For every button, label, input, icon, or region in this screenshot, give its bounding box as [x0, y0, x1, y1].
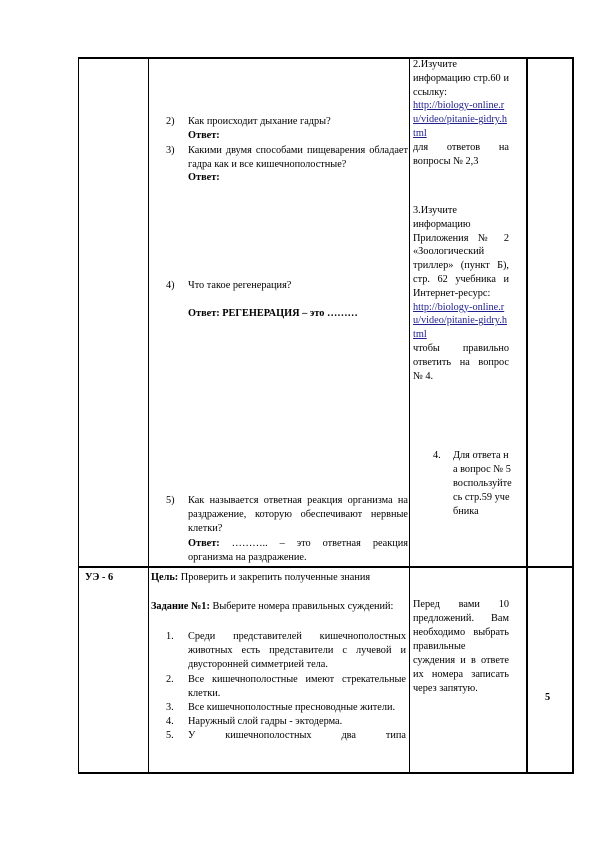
guidance-text: Для ответа на вопрос № 5 воспользуйтесь …: [453, 449, 513, 519]
row-divider: [79, 566, 572, 568]
answer-label: Ответ: РЕГЕНЕРАЦИЯ – это ………: [188, 307, 408, 321]
question-4: 4) Что такое регенерация? Ответ: РЕГЕНЕР…: [166, 279, 408, 320]
task-label: Задание №1:: [151, 601, 210, 612]
statement-item: 2.Все кишечнополостные имеют стрекательн…: [166, 673, 406, 701]
task-text: Выберите номера правильных суждений:: [210, 601, 394, 612]
question-number: 5): [166, 494, 175, 508]
guidance-number: 4.: [433, 449, 441, 463]
statement-number: 2.: [166, 673, 174, 687]
question-text: Как происходит дыхание гадры?: [188, 115, 408, 129]
answer-label: Ответ:: [188, 129, 408, 143]
guidance-text: 2.Изучите информацию стр.60 и ссылку:: [413, 59, 509, 98]
question-2: 2) Как происходит дыхание гадры? Ответ:: [166, 115, 408, 142]
biology-online-link[interactable]: http://biology-online.ru/video/pitanie-g…: [413, 100, 507, 139]
guidance-4: 4. Для ответа на вопрос № 5 воспользуйте…: [433, 449, 513, 519]
statement-text: Все кишечнополостные имеют стрекательные…: [188, 674, 406, 699]
question-text: Что такое регенерация?: [188, 279, 408, 293]
statement-text: Среди представителей кишечнополостных жи…: [188, 631, 406, 670]
statement-text: У кишечнополостных два типа: [188, 730, 406, 741]
question-number: 3): [166, 144, 175, 158]
answer-label: Ответ:: [188, 538, 220, 549]
answer-text: ……….. – это ответная реакция организма н…: [188, 538, 408, 563]
statement-item: 3.Все кишечнополостные пресноводные жите…: [166, 701, 406, 715]
guidance-2: 2.Изучите информацию стр.60 и ссылку: ht…: [413, 58, 509, 168]
guidance-3: 3.Изучите информацию Приложения № 2 «Зоо…: [413, 204, 509, 383]
statement-number: 4.: [166, 715, 174, 729]
question-text: Какими двумя способами пищеварения облад…: [188, 144, 408, 171]
guidance-task: Перед вами 10 предложений. Вам необходим…: [413, 598, 509, 696]
goal-text: Проверить и закрепить полученные знания: [178, 572, 370, 583]
task: Задание №1: Выберите номера правильных с…: [151, 600, 405, 614]
biology-online-link[interactable]: http://biology-online.ru/video/pitanie-g…: [413, 302, 507, 341]
column-divider: [526, 59, 528, 772]
score: 5: [545, 691, 550, 705]
goal: Цель: Проверить и закрепить полученные з…: [151, 571, 405, 585]
statement-number: 5.: [166, 729, 174, 743]
statement-number: 3.: [166, 701, 174, 715]
statement-number: 1.: [166, 630, 174, 644]
column-divider: [409, 59, 410, 772]
goal-label: Цель:: [151, 572, 178, 583]
question-text: Как называется ответная реакция организм…: [188, 495, 408, 534]
statements-list: 1.Среди представителей кишечнополостных …: [166, 630, 406, 744]
statement-item: 1.Среди представителей кишечнополостных …: [166, 630, 406, 673]
statement-item: 5.У кишечнополостных два типа: [166, 729, 406, 743]
guidance-text: чтобы правильно ответить на вопрос № 4.: [413, 343, 509, 382]
question-3: 3) Какими двумя способами пищеварения об…: [166, 144, 408, 185]
unit-label: УЭ - 6: [85, 571, 113, 585]
guidance-text: для ответов на вопросы № 2,3: [413, 142, 509, 167]
question-5: 5) Как называется ответная реакция орган…: [166, 494, 408, 565]
column-divider: [148, 59, 149, 772]
guidance-text: 3.Изучите информацию Приложения № 2 «Зоо…: [413, 205, 509, 299]
question-number: 2): [166, 115, 175, 129]
question-number: 4): [166, 279, 175, 293]
answer-label: Ответ:: [188, 171, 408, 185]
statement-text: Все кишечнополостные пресноводные жители…: [188, 702, 395, 713]
statement-item: 4.Наружный слой гадры - эктодерма.: [166, 715, 406, 729]
statement-text: Наружный слой гадры - эктодерма.: [188, 716, 342, 727]
